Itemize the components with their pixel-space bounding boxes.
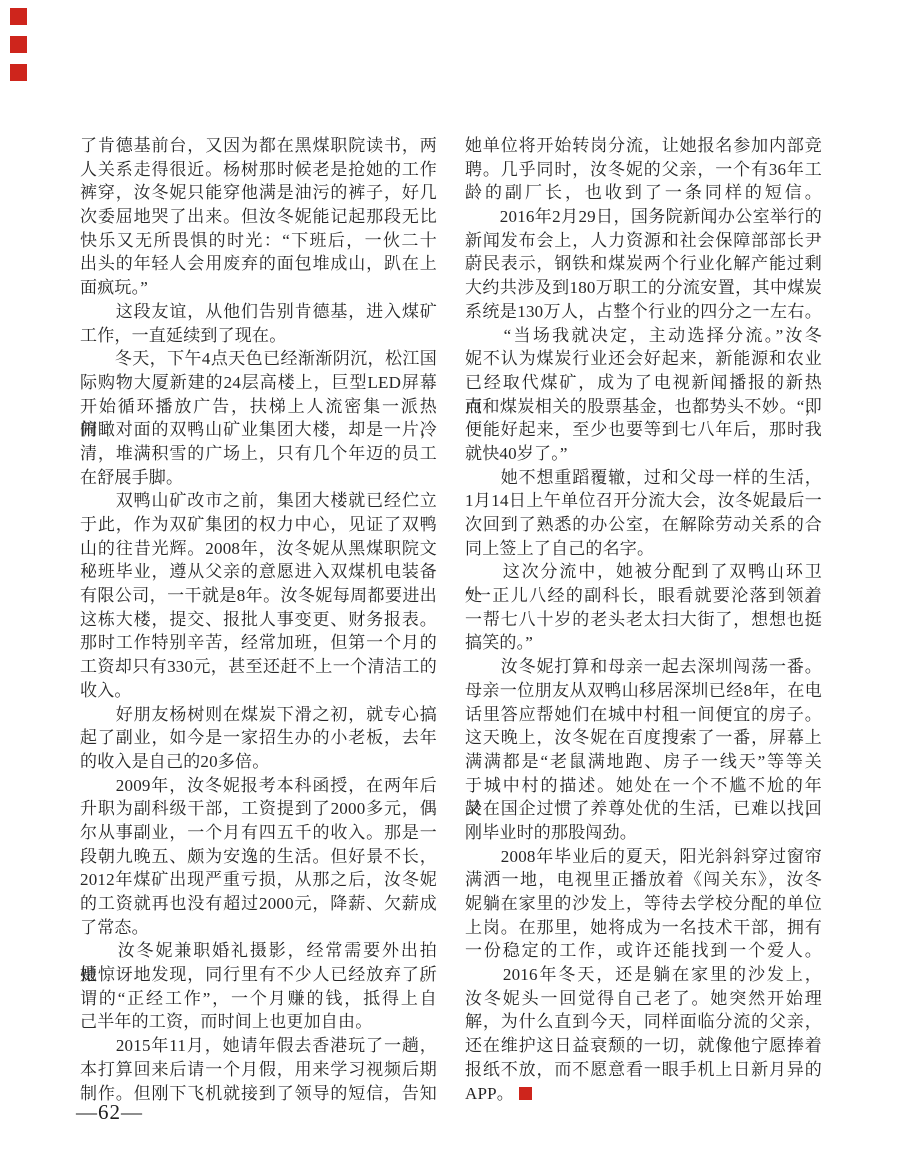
text-line: “一正儿八经的副科长，眼看就要沦落到领着	[465, 584, 822, 608]
text-line: 2016年冬天，还是躺在家里的沙发上，	[465, 963, 822, 987]
text-line: 2015年11月，她请年假去香港玩了一趟，	[80, 1034, 437, 1058]
text-line: 裤穿，汝冬妮只能穿他满是油污的裤子，好几	[80, 181, 437, 205]
text-line: 一份稳定的工作，或许还能找到一个爱人。	[465, 939, 822, 963]
page-number: —62—	[76, 1100, 143, 1125]
corner-square-icon	[10, 64, 27, 81]
text-line: 2008年毕业后的夏天，阳光斜斜穿过窗帘	[465, 845, 822, 869]
article-column-right: 她单位将开始转岗分流，让她报名参加内部竞聘。几乎同时，汝冬妮的父亲，一个有36年…	[465, 134, 822, 1105]
corner-marks	[10, 8, 27, 92]
text-line: 谓的“正经工作”，一个月赚的钱，抵得上自	[80, 987, 437, 1011]
text-line: 聘。几乎同时，汝冬妮的父亲，一个有36年工	[465, 158, 822, 182]
text-line: 系统是130万人，占整个行业的四分之一左右。	[465, 300, 822, 324]
text-line: 解，为什么直到今天，同样面临分流的父亲，	[465, 1010, 822, 1034]
text-line: 人关系走得很近。杨树那时候老是抢她的工作	[80, 158, 437, 182]
text-line: 汝冬妮兼职婚礼摄影，经常需要外出拍摄。	[80, 939, 437, 963]
text-line: 山的往昔光辉。2008年，汝冬妮从黑煤职院文	[80, 537, 437, 561]
text-line: 出头的年轻人会用废弃的面包堆成山，趴在上	[80, 252, 437, 276]
text-line: 快乐又无所畏惧的时光：“下班后，一伙二十	[80, 229, 437, 253]
text-line: 开始循环播放广告，扶梯上人流密集一派热闹，	[80, 395, 437, 419]
text-line: 又在国企过惯了养尊处优的生活，已难以找回	[465, 797, 822, 821]
text-line: 工资却只有330元，甚至还赶不上一个清洁工的	[80, 655, 437, 679]
text-line: 蔚民表示，钢铁和煤炭两个行业化解产能过剩	[465, 252, 822, 276]
text-line: 段朝九晚五、颇为安逸的生活。但好景不长，	[80, 845, 437, 869]
text-line: 冬天，下午4点天色已经渐渐阴沉，松江国	[80, 347, 437, 371]
text-line: 那时工作特别辛苦，经常加班，但第一个月的	[80, 631, 437, 655]
text-line: 清，堆满积雪的广场上，只有几个年迈的员工	[80, 442, 437, 466]
text-line: 妮躺在家里的沙发上，等待去学校分配的单位	[465, 892, 822, 916]
text-line: 汝冬妮打算和母亲一起去深圳闯荡一番。	[465, 655, 822, 679]
text-line: 这栋大楼，提交、报批人事变更、财务报表。	[80, 608, 437, 632]
text-line: 就快40岁了。”	[465, 442, 822, 466]
text-line: 面疯玩。”	[80, 276, 437, 300]
text-line: 已经取代煤矿，成为了电视新闻播报的新热点，	[465, 371, 822, 395]
text-line: 这次分流中，她被分配到了双鸭山环卫处。	[465, 560, 822, 584]
text-line: 2012年煤矿出现严重亏损，从那之后，汝冬妮	[80, 868, 437, 892]
text-line: 好朋友杨树则在煤炭下滑之初，就专心搞	[80, 703, 437, 727]
text-line: 收入。	[80, 679, 437, 703]
corner-square-icon	[10, 8, 27, 25]
text-line: 俯瞰对面的双鸭山矿业集团大楼，却是一片冷	[80, 418, 437, 442]
text-line: “当场我就决定，主动选择分流。”汝冬	[465, 324, 822, 348]
text-line: 这段友谊，从他们告别肯德基，进入煤矿	[80, 300, 437, 324]
text-line: 搞笑的。”	[465, 631, 822, 655]
text-line: 新闻发布会上，人力资源和社会保障部部长尹	[465, 229, 822, 253]
text-line: 次委屈地哭了出来。但汝冬妮能记起那段无比	[80, 205, 437, 229]
text-line: 她不想重蹈覆辙，过和父母一样的生活，	[465, 466, 822, 490]
text-line: 话里答应帮她们在城中村租一间便宜的房子。	[465, 703, 822, 727]
article-column-left: 了肯德基前台，又因为都在黑煤职院读书，两人关系走得很近。杨树那时候老是抢她的工作…	[80, 134, 437, 1105]
text-line: 一帮七八十岁的老头老太扫大街了，想想也挺	[465, 608, 822, 632]
text-line: 汝冬妮头一回觉得自己老了。她突然开始理	[465, 987, 822, 1011]
text-line: 1月14日上午单位召开分流大会，汝冬妮最后一	[465, 489, 822, 513]
text-line: 还在维护这日益衰颓的一切，就像他宁愿捧着	[465, 1034, 822, 1058]
text-line: 双鸭山矿改市之前，集团大楼就已经伫立	[80, 489, 437, 513]
text-line: 便能好起来，至少也要等到七八年后，那时我	[465, 418, 822, 442]
text-line: 工作，一直延续到了现在。	[80, 324, 437, 348]
text-line: 大约共涉及到180万职工的分流安置，其中煤炭	[465, 276, 822, 300]
text-line: 起了副业，如今是一家招生办的小老板，去年	[80, 726, 437, 750]
text-line: 而和煤炭相关的股票基金，也都势头不妙。“即	[465, 395, 822, 419]
text-line: 秘班毕业，遵从父亲的意愿进入双煤机电装备	[80, 560, 437, 584]
text-line: 母亲一位朋友从双鸭山移居深圳已经8年，在电	[465, 679, 822, 703]
text-line: 满洒一地，电视里正播放着《闯关东》，汝冬	[465, 868, 822, 892]
text-line: 满满都是“老鼠满地跑、房子一线天”等等关	[465, 750, 822, 774]
text-line: 上岗。在那里，她将成为一名技术干部，拥有	[465, 916, 822, 940]
text-line: 了肯德基前台，又因为都在黑煤职院读书，两	[80, 134, 437, 158]
magazine-page: 了肯德基前台，又因为都在黑煤职院读书，两人关系走得很近。杨树那时候老是抢她的工作…	[0, 0, 899, 1150]
text-line: 己半年的工资，而时间上也更加自由。	[80, 1010, 437, 1034]
article-body: 了肯德基前台，又因为都在黑煤职院读书，两人关系走得很近。杨树那时候老是抢她的工作…	[80, 134, 822, 1105]
text-line: 升职为副科级干部，工资提到了2000多元，偶	[80, 797, 437, 821]
corner-square-icon	[10, 36, 27, 53]
text-line: 次回到了熟悉的办公室，在解除劳动关系的合	[465, 513, 822, 537]
text-line: 本打算回来后请一个月假，用来学习视频后期	[80, 1058, 437, 1082]
text-line: 2009年，汝冬妮报考本科函授，在两年后	[80, 774, 437, 798]
text-line: 她惊讶地发现，同行里有不少人已经放弃了所	[80, 963, 437, 987]
end-of-article-icon	[519, 1087, 532, 1100]
text-line: 的收入是自己的20多倍。	[80, 750, 437, 774]
text-line: 了常态。	[80, 916, 437, 940]
text-line: 的工资就再也没有超过2000元，降薪、欠薪成	[80, 892, 437, 916]
text-line: 龄的副厂长，也收到了一条同样的短信。	[465, 181, 822, 205]
text-line: 妮不认为煤炭行业还会好起来，新能源和农业	[465, 347, 822, 371]
text-line: 于此，作为双矿集团的权力中心，见证了双鸭	[80, 513, 437, 537]
text-line: 报纸不放，而不愿意看一眼手机上日新月异的	[465, 1058, 822, 1082]
text-line: 2016年2月29日，国务院新闻办公室举行的	[465, 205, 822, 229]
text-line: 她单位将开始转岗分流，让她报名参加内部竞	[465, 134, 822, 158]
text-line: 这天晚上，汝冬妮在百度搜索了一番，屏幕上	[465, 726, 822, 750]
text-line: 在舒展手脚。	[80, 466, 437, 490]
text-line: 刚毕业时的那股闯劲。	[465, 821, 822, 845]
text-line: 尔从事副业，一个月有四五千的收入。那是一	[80, 821, 437, 845]
text-line: 有限公司，一干就是8年。汝冬妮每周都要进出	[80, 584, 437, 608]
text-line: APP。	[465, 1082, 822, 1106]
text-line: 际购物大厦新建的24层高楼上，巨型LED屏幕	[80, 371, 437, 395]
text-line: 于城中村的描述。她处在一个不尴不尬的年龄，	[465, 774, 822, 798]
text-line: 同上签上了自己的名字。	[465, 537, 822, 561]
